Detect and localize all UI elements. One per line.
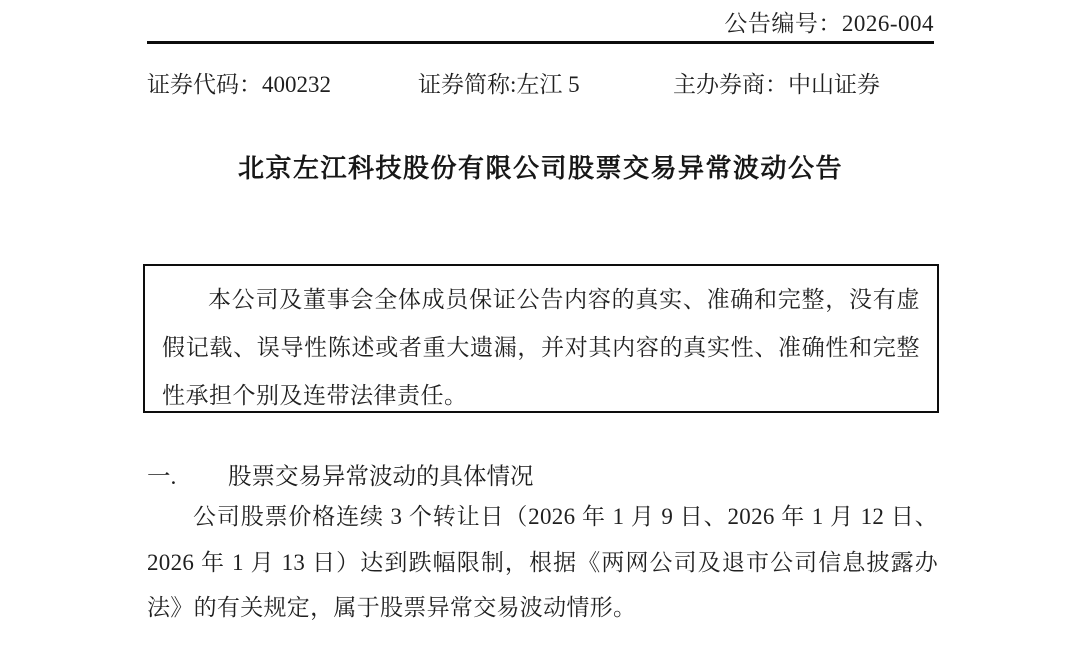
securities-info-row: 证券代码：400232 证券简称:左江 5 主办券商：中山证券 <box>147 71 934 101</box>
securities-short-name: 证券简称:左江 5 <box>418 71 580 99</box>
announcement-number: 公告编号：2026-004 <box>724 11 934 36</box>
declaration-box: 本公司及董事会全体成员保证公告内容的真实、准确和完整，没有虚假记载、误导性陈述或… <box>143 264 939 413</box>
sponsor-broker: 主办券商：中山证券 <box>673 71 880 99</box>
section-1-heading: 一.股票交易异常波动的具体情况 <box>147 462 534 492</box>
section-1-paragraph: 公司股票价格连续 3 个转让日（2026 年 1 月 9 日、2026 年 1 … <box>147 494 938 631</box>
securities-code: 证券代码：400232 <box>147 71 331 99</box>
document-page: 公告编号：2026-004 证券代码：400232 证券简称:左江 5 主办券商… <box>0 0 1078 659</box>
declaration-text: 本公司及董事会全体成员保证公告内容的真实、准确和完整，没有虚假记载、误导性陈述或… <box>162 276 920 420</box>
section-1-heading-text: 股票交易异常波动的具体情况 <box>228 464 534 490</box>
header-rule: 公告编号：2026-004 <box>147 10 934 44</box>
section-1-number: 一. <box>147 462 228 492</box>
document-title: 北京左江科技股份有限公司股票交易异常波动公告 <box>147 152 934 186</box>
